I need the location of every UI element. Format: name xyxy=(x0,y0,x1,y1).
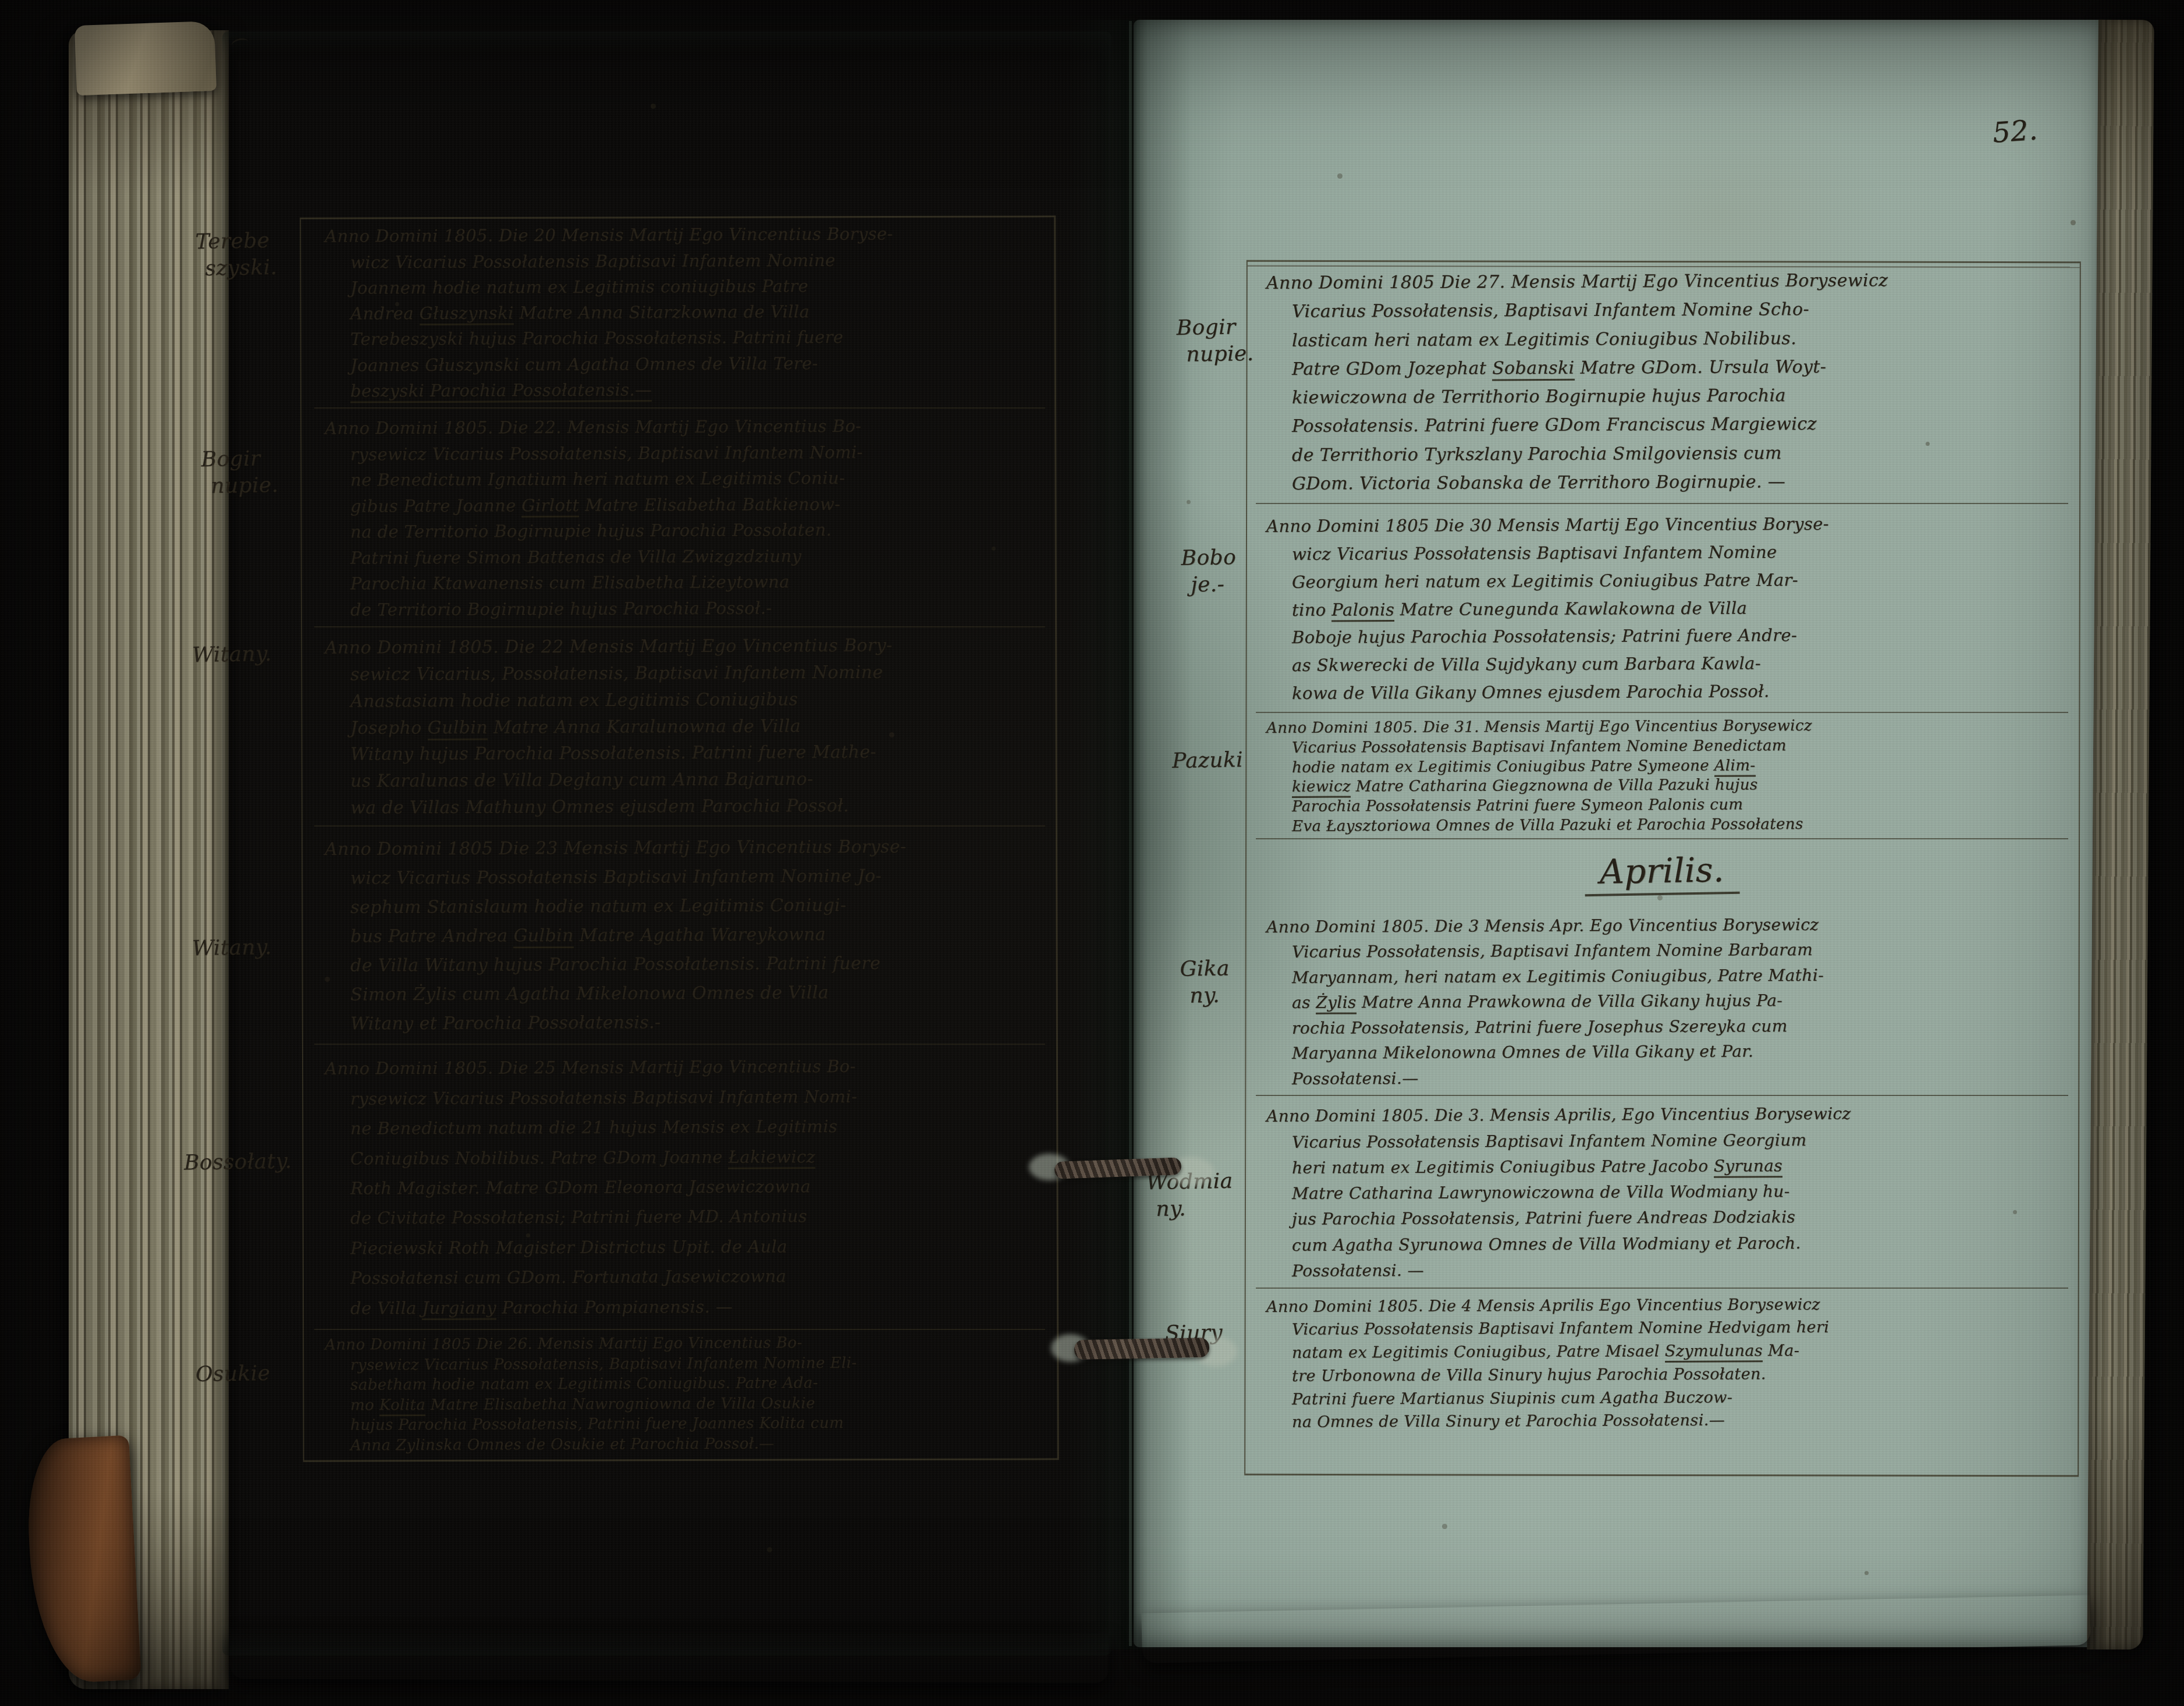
page-stack-edge-right xyxy=(2087,20,2154,1650)
margin-label-line: Bossołaty. xyxy=(184,1148,292,1176)
entry-line: Witany et Parochia Possołatensis.- xyxy=(350,1010,1040,1034)
entry-line: rysewicz Vicarius Possołatensis, Baptisa… xyxy=(350,1353,1040,1374)
entry-line: bus Patre Andrea Gulbin Matre Agatha War… xyxy=(350,923,1040,946)
entry-line: tre Urbonowna de Villa Sinury hujus Paro… xyxy=(1292,1364,2064,1385)
entry-line: rochia Possołatensis, Patrini fuere Jose… xyxy=(1292,1015,2064,1038)
entry-line: Anno Domini 1805. Die 4 Mensis Aprilis E… xyxy=(1266,1294,2064,1316)
entry-line: Coniugibus Nobilibus. Patre GDom Joanne … xyxy=(350,1145,1040,1168)
month-section-heading-text: Aprilis. xyxy=(1584,850,1739,897)
entry-line: wicz Vicarius Possołatensis Baptisavi In… xyxy=(350,249,1040,272)
entry-line: Anno Domini 1805. Die 31. Mensis Martij … xyxy=(1266,716,2064,737)
entry-line: Anno Domini 1805. Die 3 Mensis Apr. Ego … xyxy=(1266,914,2064,937)
register-entry: Anno Domini 1805. Die 3 Mensis Apr. Ego … xyxy=(1256,907,2068,1096)
entry-line: sephum Stanislaum hodie natum ex Legitim… xyxy=(350,894,1040,917)
register-entry: Anno Domini 1805. Die 3. Mensis Aprilis,… xyxy=(1256,1096,2068,1289)
entry-line: lasticam heri natam ex Legitimis Coniugi… xyxy=(1292,327,2064,351)
entry-line: wicz Vicarius Possołatensis Baptisavi In… xyxy=(1292,541,2064,564)
entry-line: us Karalunas de Villa Degłany cum Anna B… xyxy=(350,768,1040,792)
foxing-spots xyxy=(0,0,3,3)
entry-line: de Territorio Bogirnupie hujus Parochia … xyxy=(350,597,1040,619)
entry-line: Possołatensi cum GDom. Fortunata Jasewic… xyxy=(350,1265,1040,1288)
entry-line: de Territhorio Tyrkszlany Parochia Smilg… xyxy=(1292,442,2064,466)
entry-line: Pieciewski Roth Magister Districtus Upit… xyxy=(350,1235,1040,1258)
left-entries-column: Anno Domini 1805. Die 20 Mensis Martij E… xyxy=(314,217,1045,1457)
margin-label-line: Witany. xyxy=(192,934,272,962)
entry-line: kiewiczowna de Territhorio Bogirnupie hu… xyxy=(1292,384,2064,408)
entry-line: na Omnes de Villa Sinury et Parochia Pos… xyxy=(1292,1410,2064,1431)
entry-line: Joannes Głuszynski cum Agatha Omnes de V… xyxy=(350,352,1040,375)
entry-line: kowa de Villa Gikany Omnes ejusdem Paroc… xyxy=(1292,680,2064,703)
entry-line: de Villa Witany hujus Parochia Possołate… xyxy=(350,952,1040,976)
entry-line: as Żylis Matre Anna Prawkowna de Villa G… xyxy=(1292,989,2064,1012)
entry-line: ne Benedictum natum die 21 hujus Mensis … xyxy=(350,1116,1040,1138)
page-stack-edge-bottom-left xyxy=(230,1629,1109,1683)
entry-line: Vicarius Possołatensis Baptisavi Infante… xyxy=(1292,1318,2064,1339)
leather-cover-patch xyxy=(24,1435,141,1685)
binding-crease xyxy=(1129,21,1132,1646)
entry-line: Josepho Gulbin Matre Anna Karalunowna de… xyxy=(350,715,1040,738)
entry-line: natam ex Legitimis Coniugibus, Patre Mis… xyxy=(1292,1340,2064,1362)
entry-line: beszyski Parochia Possołatensis.— xyxy=(350,378,1040,400)
entry-line: tino Palonis Matre Cunegunda Kawlakowna … xyxy=(1292,597,2064,620)
entry-line: Possołatensi. — xyxy=(1292,1258,2064,1281)
register-entry: Anno Domini 1805. Die 22 Mensis Martij E… xyxy=(314,627,1045,827)
entry-line: sewicz Vicarius, Possołatensis, Baptisav… xyxy=(350,661,1040,684)
entry-line: Vicarius Possołatensis Baptisavi Infante… xyxy=(1292,736,2064,757)
entry-line: Maryanna Mikelonowna Omnes de Villa Gika… xyxy=(1292,1040,2064,1063)
binding-stitch xyxy=(1074,1338,1210,1360)
entry-line: Witany hujus Parochia Possołatensis. Pat… xyxy=(350,742,1040,765)
entry-line: Roth Magister. Matre GDom Eleonora Jasew… xyxy=(350,1175,1040,1198)
entry-line: Eva Łaysztoriowa Omnes de Villa Pazuki e… xyxy=(1292,814,2064,835)
entry-line: sabetham hodie natam ex Legitimis Coniug… xyxy=(350,1374,1040,1394)
register-entry: Anno Domini 1805 Die 26. Mensis Martij E… xyxy=(314,1330,1045,1457)
entry-line: as Skwerecki de Villa Sujdykany cum Barb… xyxy=(1292,652,2064,675)
entry-line: na de Territorio Bogirnupie hujus Paroch… xyxy=(350,519,1040,542)
entry-line: Simon Żylis cum Agatha Mikelonowa Omnes … xyxy=(350,981,1040,1005)
entry-line: mo Kolita Matre Elisabetha Nawrogniowna … xyxy=(350,1393,1040,1414)
entry-line: wa de Villas Mathuny Omnes ejusdem Paroc… xyxy=(350,795,1040,818)
entry-line: Patre GDom Jozephat Sobanski Matre GDom.… xyxy=(1292,356,2064,379)
entry-line: Anno Domini 1805 Die 23 Mensis Martij Eg… xyxy=(325,836,1040,859)
entry-line: Andrea Głuszynski Matre Anna Sitarzkowna… xyxy=(350,300,1040,323)
entry-line: Vicarius Possołatensis, Baptisavi Infant… xyxy=(1292,939,2064,962)
entry-line: Anno Domini 1805. Die 22 Mensis Martij E… xyxy=(325,634,1040,658)
entry-line: Maryannam, heri natam ex Legitimis Coniu… xyxy=(1292,964,2064,987)
entry-line: Patrini fuere Simon Battenas de Villa Zw… xyxy=(350,545,1040,568)
margin-label: Terebeszyski. xyxy=(195,228,277,282)
margin-label-line: Osukie xyxy=(196,1360,271,1388)
entry-line: hujus Parochia Possołatensis, Patrini fu… xyxy=(350,1414,1040,1434)
entry-line: Terebeszyski hujus Parochia Possołatensi… xyxy=(350,327,1040,349)
month-section-heading: Aprilis. xyxy=(1256,839,2068,907)
entry-line: Anno Domini 1805. Die 25 Mensis Martij E… xyxy=(325,1056,1040,1079)
entry-line: GDom. Victoria Sobanska de Territhoro Bo… xyxy=(1292,470,2064,494)
register-entry: Anno Domini 1805. Die 31. Mensis Martij … xyxy=(1256,713,2068,839)
margin-label-line: Terebe xyxy=(195,228,277,256)
entry-line: Anno Domini 1805. Die 22. Mensis Martij … xyxy=(325,416,1040,438)
entry-line: Vicarius Possołatensis, Baptisavi Infant… xyxy=(1292,299,2064,322)
entry-line: rysewicz Vicarius Possołatensis, Baptisa… xyxy=(350,441,1040,464)
right-entries-column: Anno Domini 1805 Die 27. Mensis Martij E… xyxy=(1256,261,2068,1469)
entry-line: Anno Domini 1805 Die 30 Mensis Martij Eg… xyxy=(1266,513,2064,536)
register-entry: Anno Domini 1805 Die 27. Mensis Martij E… xyxy=(1256,261,2068,504)
entry-line: Georgium heri natum ex Legitimis Coniugi… xyxy=(1292,569,2064,592)
entry-line: wicz Vicarius Possołatensis Baptisavi In… xyxy=(350,865,1040,888)
entry-line: Anno Domini 1805. Die 20 Mensis Martij E… xyxy=(325,224,1040,246)
entry-line: gibus Patre Joanne Girlott Matre Elisabe… xyxy=(350,493,1040,516)
margin-label: Witany. xyxy=(192,641,272,669)
margin-label: Bossołaty. xyxy=(184,1148,292,1176)
entry-line: Anno Domini 1805 Die 27. Mensis Martij E… xyxy=(1266,269,2064,293)
margin-label-line: Bogir xyxy=(201,445,278,473)
register-entry: Anno Domini 1805. Die 22. Mensis Martij … xyxy=(314,409,1045,627)
margin-label: Osukie xyxy=(196,1360,271,1388)
entry-line: de Villa Jurgiany Parochia Pompianensis.… xyxy=(350,1295,1040,1318)
entry-line: Anna Zylinska Omnes de Osukie et Parochi… xyxy=(350,1434,1040,1454)
register-entry: Anno Domini 1805. Die 25 Mensis Martij E… xyxy=(314,1045,1045,1330)
register-entry: Anno Domini 1805. Die 4 Mensis Aprilis E… xyxy=(1256,1289,2068,1469)
entry-line: Matre Catharina Lawrynowiczowna de Villa… xyxy=(1292,1180,2064,1203)
margin-label: Witany. xyxy=(192,934,272,962)
margin-label-line: Witany. xyxy=(192,641,272,669)
entry-line: cum Agatha Syrunowa Omnes de Villa Wodmi… xyxy=(1292,1232,2064,1255)
entry-line: Possołatensis. Patrini fuere GDom Franci… xyxy=(1292,413,2064,437)
register-entry: Anno Domini 1805. Die 20 Mensis Martij E… xyxy=(314,217,1045,409)
entry-line: jus Parochia Possołatensis, Patrini fuer… xyxy=(1292,1206,2064,1229)
entry-line: Joannem hodie natum ex Legitimis coniugi… xyxy=(350,275,1040,297)
entry-line: ne Benedictum Ignatium heri natum ex Leg… xyxy=(350,467,1040,490)
entry-line: hodie natam ex Legitimis Coniugibus Patr… xyxy=(1292,756,2064,776)
worn-corner-top-left xyxy=(74,21,216,95)
register-entry: Anno Domini 1805 Die 23 Mensis Martij Eg… xyxy=(314,827,1045,1045)
entry-line: Patrini fuere Martianus Siupinis cum Aga… xyxy=(1292,1387,2064,1409)
register-entry: Anno Domini 1805 Die 30 Mensis Martij Eg… xyxy=(1256,504,2068,713)
entry-line: Anno Domini 1805 Die 26. Mensis Martij E… xyxy=(325,1333,1040,1354)
page-number: 52. xyxy=(1991,114,2039,149)
entry-line: Boboje hujus Parochia Possołatensis; Pat… xyxy=(1292,624,2064,647)
margin-label-line: szyski. xyxy=(196,254,278,282)
entry-line: Parochia Possołatensis Patrini fuere Sym… xyxy=(1292,795,2064,815)
book-scan: Terebeszyski.Bogirnupie.Witany.Witany.Bo… xyxy=(0,0,2184,1706)
entry-line: heri natum ex Legitimis Coniugibus Patre… xyxy=(1292,1155,2064,1177)
margin-label: Bogirnupie. xyxy=(201,445,279,500)
margin-label-line: nupie. xyxy=(201,472,279,500)
entry-line: Possołatensi.— xyxy=(1292,1066,2064,1088)
entry-line: Parochia Ktawanensis cum Elisabetha Liże… xyxy=(350,570,1040,593)
entry-line: Vicarius Possołatensis Baptisavi Infante… xyxy=(1292,1129,2064,1152)
entry-line: Anno Domini 1805. Die 3. Mensis Aprilis,… xyxy=(1266,1103,2064,1126)
entry-line: rysewicz Vicarius Possołatensis Baptisav… xyxy=(350,1086,1040,1108)
entry-line: Anastasiam hodie natam ex Legitimis Coni… xyxy=(350,688,1040,711)
entry-line: de Civitate Possołatensi; Patrini fuere … xyxy=(350,1205,1040,1228)
entry-line: kiewicz Matre Catharina Giegznowna de Vi… xyxy=(1292,775,2064,796)
